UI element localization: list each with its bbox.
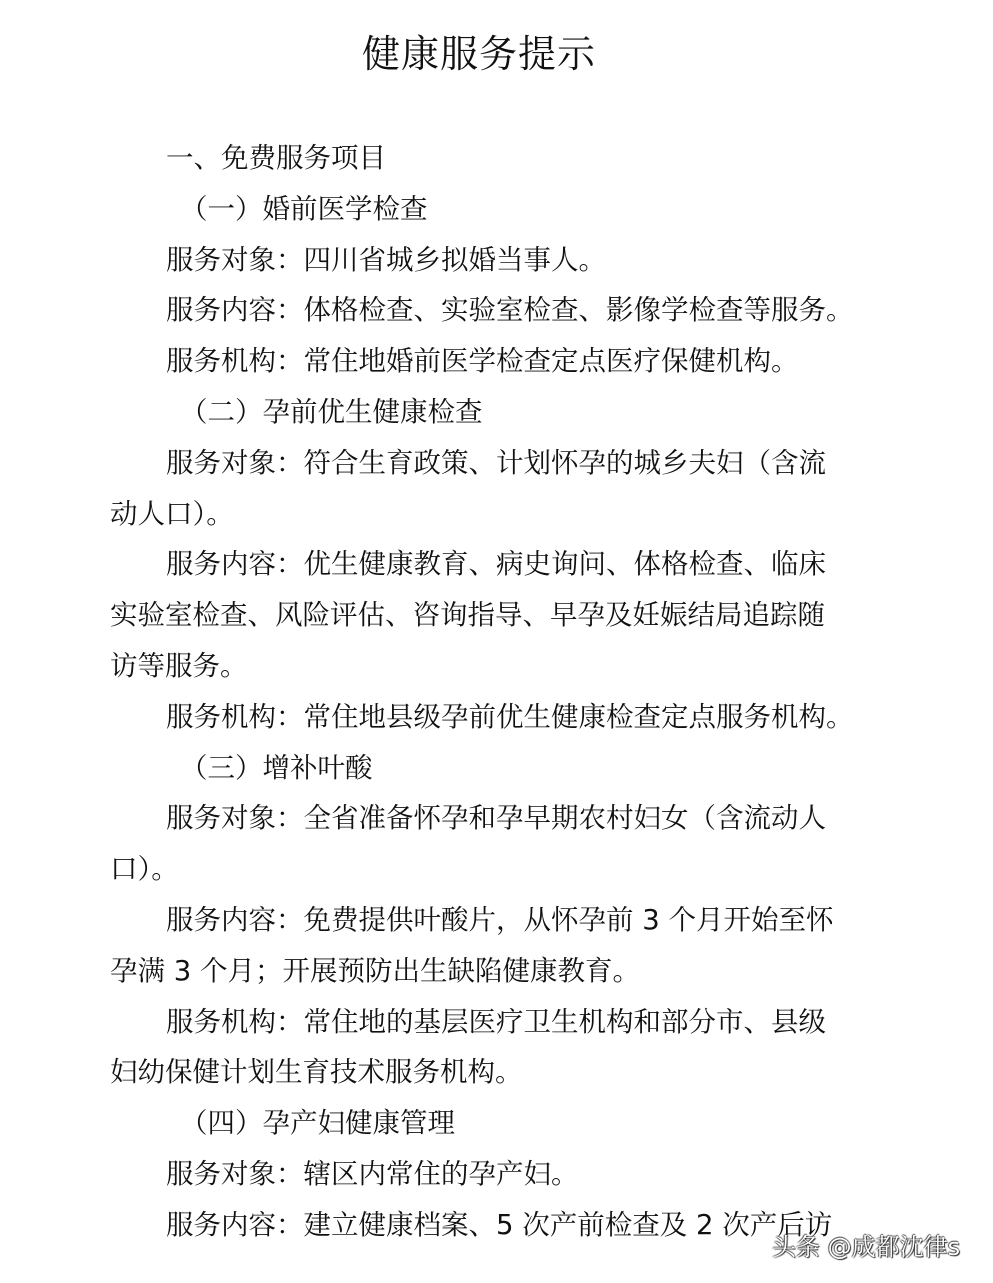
paragraph-line: 动人口）。 — [110, 489, 855, 540]
paragraph-line: 服务内容：体格检查、实验室检查、影像学检查等服务。 — [110, 285, 855, 336]
paragraph-line: 孕满 3 个月；开展预防出生缺陷健康教育。 — [110, 946, 855, 997]
document-body: 一、免费服务项目 （一）婚前医学检查 服务对象：四川省城乡拟婚当事人。 服务内容… — [110, 133, 855, 1251]
paragraph-line: 服务对象：四川省城乡拟婚当事人。 — [110, 235, 855, 286]
paragraph-line: 服务机构：常住地的基层医疗卫生机构和部分市、县级 — [110, 997, 855, 1048]
paragraph-line: 服务机构：常住地婚前医学检查定点医疗保健机构。 — [110, 336, 855, 387]
paragraph-line: 服务对象：辖区内常住的孕产妇。 — [110, 1149, 855, 1200]
paragraph-line: 实验室检查、风险评估、咨询指导、早孕及妊娠结局追踪随 — [110, 590, 855, 641]
page-title: 健康服务提示 — [0, 26, 958, 82]
paragraph-line: 访等服务。 — [110, 641, 855, 692]
paragraph-line: 服务机构：常住地县级孕前优生健康检查定点服务机构。 — [110, 692, 855, 743]
paragraph-line: 服务内容：建立健康档案、5 次产前检查及 2 次产后访 — [110, 1200, 855, 1251]
paragraph-line: 服务内容：优生健康教育、病史询问、体格检查、临床 — [110, 539, 855, 590]
paragraph-line: 口）。 — [110, 844, 855, 895]
paragraph-line: 服务对象：全省准备怀孕和孕早期农村妇女（含流动人 — [110, 793, 855, 844]
subsection-heading: （四）孕产妇健康管理 — [110, 1098, 855, 1149]
subsection-heading: （一）婚前医学检查 — [110, 184, 855, 235]
paragraph-line: 服务对象：符合生育政策、计划怀孕的城乡夫妇（含流 — [110, 438, 855, 489]
paragraph-line: 妇幼保健计划生育技术服务机构。 — [110, 1047, 855, 1098]
paragraph-line: 服务内容：免费提供叶酸片，从怀孕前 3 个月开始至怀 — [110, 895, 855, 946]
watermark: 头条 @成都沈律s — [772, 1232, 960, 1262]
subsection-heading: （三）增补叶酸 — [110, 743, 855, 794]
subsection-heading: （二）孕前优生健康检查 — [110, 387, 855, 438]
section-heading: 一、免费服务项目 — [110, 133, 855, 184]
